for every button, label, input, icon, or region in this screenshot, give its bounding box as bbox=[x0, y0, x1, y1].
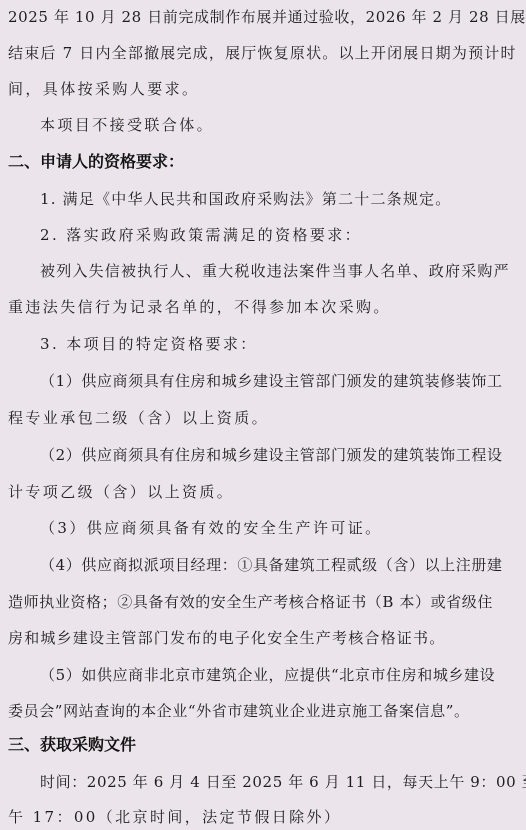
paragraph-line: 3. 本项目的特定资格要求： bbox=[40, 334, 526, 354]
paragraph-line: （1）供应商须具有住房和城乡建设主管部门颁发的建筑装修装饰工 bbox=[40, 371, 526, 391]
paragraph-line: （2）供应商须具有住房和城乡建设主管部门颁发的建筑装饰工程设 bbox=[40, 445, 526, 465]
paragraph-line: 午 17：00（北京时间，法定节假日除外） bbox=[8, 807, 520, 827]
paragraph-line: 2. 落实政府采购政策需满足的资格要求： bbox=[40, 225, 526, 245]
paragraph-line: 被列入失信被执行人、重大税收违法案件当事人名单、政府采购严 bbox=[40, 261, 526, 281]
paragraph-line: （5）如供应商非北京市建筑企业，应提供“北京市住房和城乡建设 bbox=[40, 665, 526, 685]
section-heading-qualifications: 二、申请人的资格要求： bbox=[8, 152, 520, 172]
paragraph-line: 本项目不接受联合体。 bbox=[40, 115, 526, 135]
paragraph-line: 委员会”网站查询的本企业“外省市建筑业企业进京施工备案信息”。 bbox=[8, 701, 520, 721]
paragraph-line: （3）供应商须具备有效的安全生产许可证。 bbox=[40, 518, 526, 538]
section-heading-obtain-documents: 三、获取采购文件 bbox=[8, 735, 520, 755]
paragraph-line: 间，具体按采购人要求。 bbox=[8, 79, 520, 99]
paragraph-line: 重违法失信行为记录名单的，不得参加本次采购。 bbox=[8, 297, 520, 317]
paragraph-line: 造师执业资格；②具备有效的安全生产考核合格证书（B 本）或省级住 bbox=[8, 592, 520, 612]
paragraph-line: 结束后 7 日内全部撤展完成，展厅恢复原状。以上开闭展日期为预计时 bbox=[8, 43, 520, 63]
paragraph-line: 计专项乙级（含）以上资质。 bbox=[8, 482, 520, 502]
paragraph-line: 程专业承包二级（含）以上资质。 bbox=[8, 408, 520, 428]
paragraph-line: （4）供应商拟派项目经理：①具备建筑工程贰级（含）以上注册建 bbox=[40, 555, 526, 575]
paragraph-line: 2025 年 10 月 28 日前完成制作布展并通过验收，2026 年 2 月 … bbox=[8, 7, 520, 27]
document-page: 2025 年 10 月 28 日前完成制作布展并通过验收，2026 年 2 月 … bbox=[0, 0, 526, 830]
paragraph-line: 时间：2025 年 6 月 4 日至 2025 年 6 月 11 日，每天上午 … bbox=[40, 772, 526, 792]
paragraph-line: 房和城乡建设主管部门发布的电子化安全生产考核合格证书。 bbox=[8, 628, 520, 648]
paragraph-line: 1. 满足《中华人民共和国政府采购法》第二十二条规定。 bbox=[40, 189, 526, 209]
